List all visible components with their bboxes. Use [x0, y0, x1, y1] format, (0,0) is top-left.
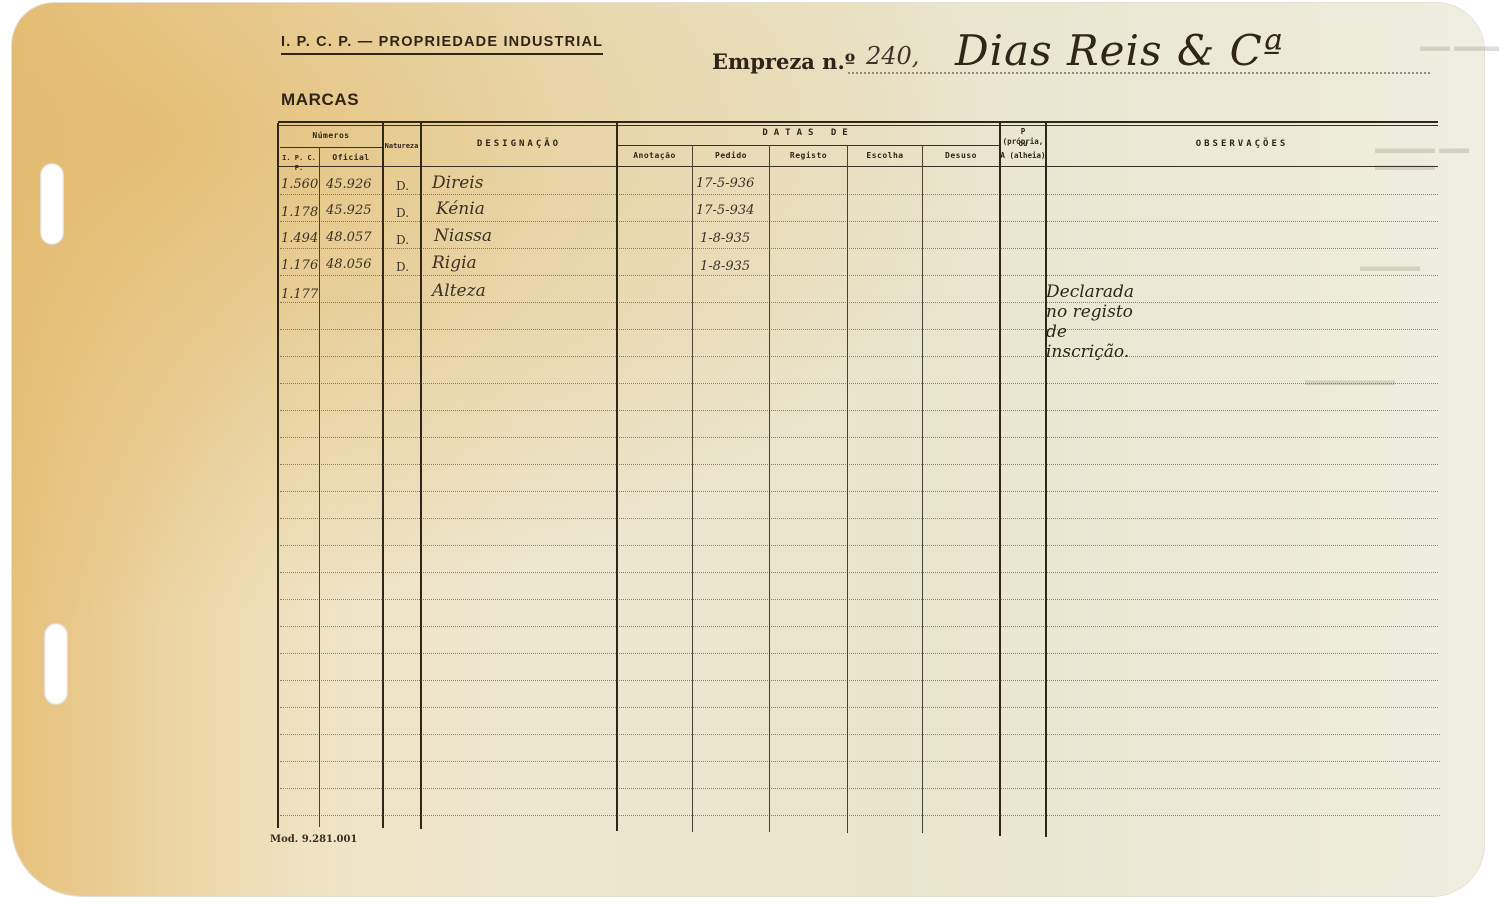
- numeros-sub-rule: [280, 147, 383, 148]
- header-escolha: Escolha: [848, 151, 922, 161]
- header-observacoes: OBSERVAÇÕES: [1046, 139, 1438, 149]
- cell-natureza: D.: [396, 206, 409, 220]
- cell-pedido: 17-5-934: [696, 203, 754, 218]
- col-line-oficial: [382, 123, 384, 828]
- cell-designacao: Direis: [432, 173, 483, 193]
- col-line-propria: [1045, 123, 1047, 837]
- row-rule: [280, 437, 1438, 438]
- row-rule: [280, 545, 1438, 546]
- header-designacao: DESIGNAÇÃO: [421, 139, 617, 149]
- row-rule: [280, 302, 1438, 303]
- cell-designacao: Kénia: [436, 199, 485, 219]
- row-rule: [280, 491, 1438, 492]
- cell-pedido: 17-5-936: [696, 176, 754, 191]
- header-numeros: Números: [280, 131, 382, 141]
- company-name: Dias Reis & Cª: [955, 26, 1284, 75]
- cell-designacao: Niassa: [434, 226, 492, 246]
- section-title: MARCAS: [281, 90, 359, 110]
- cell-ipcp: 1.560: [281, 177, 318, 192]
- header-propria-2: ou: [1000, 139, 1046, 149]
- cell-natureza: D.: [396, 179, 409, 193]
- col-line-natureza: [420, 123, 422, 829]
- cell-ipcp: 1.176: [281, 258, 318, 273]
- row-rule: [280, 788, 1440, 789]
- row-rule: [280, 626, 1438, 627]
- header-desuso: Desuso: [923, 151, 999, 161]
- model-code: Mod. 9.281.001: [270, 834, 357, 845]
- row-rule: [280, 599, 1438, 600]
- row-rule: [280, 680, 1438, 681]
- row-rule: [280, 221, 1438, 222]
- header-datas-de: DATAS DE: [617, 128, 999, 138]
- row-rule: [280, 383, 1438, 384]
- row-rule: [280, 194, 1438, 195]
- header-anotacao: Anotação: [617, 151, 692, 161]
- col-line-left: [277, 123, 279, 828]
- row-rule: [280, 815, 1440, 816]
- row-rule: [280, 275, 1438, 276]
- row-rule: [280, 248, 1438, 249]
- header-propria-3: A (alheia): [1000, 151, 1046, 161]
- cell-designacao: Rigia: [432, 253, 477, 273]
- cell-oficial: 45.926: [326, 177, 372, 192]
- header-oficial: Oficial: [320, 153, 382, 163]
- row-rule: [280, 572, 1438, 573]
- cell-oficial: 48.056: [326, 257, 372, 272]
- cell-pedido: 1-8-935: [700, 259, 750, 274]
- company-number: 240,: [866, 42, 919, 70]
- bleed-through-text: ▬▬▬▬▬▬: [1305, 372, 1395, 389]
- header-natureza: Natureza: [383, 141, 420, 151]
- bleed-through-text: ▬▬ ▬▬▬: [1420, 38, 1499, 55]
- cell-observacoes: Declarada no registo de inscrição.: [1046, 282, 1134, 362]
- row-rule: [280, 410, 1438, 411]
- company-label: Empreza n.º: [712, 49, 855, 74]
- table-top-rule-inner: [278, 125, 1438, 126]
- header-ipcp: I. P. C. P.: [279, 153, 319, 173]
- form-header-title: I. P. C. P. — PROPRIEDADE INDUSTRIAL: [281, 34, 603, 55]
- row-rule: [280, 653, 1438, 654]
- cell-designacao: Alteza: [432, 281, 486, 301]
- col-line-desuso: [999, 123, 1001, 836]
- row-rule: [280, 707, 1438, 708]
- cell-natureza: D.: [396, 233, 409, 247]
- cell-oficial: 45.925: [326, 203, 372, 218]
- row-rule: [280, 734, 1440, 735]
- company-dotted-line: [848, 72, 1430, 74]
- col-line-designacao: [616, 123, 618, 831]
- header-pedido: Pedido: [693, 151, 769, 161]
- row-rule: [280, 356, 1438, 357]
- cell-ipcp: 1.494: [281, 231, 318, 246]
- header-registo: Registo: [770, 151, 847, 161]
- punch-hole-bottom: [44, 623, 68, 705]
- cell-pedido: 1-8-935: [700, 231, 750, 246]
- row-rule: [280, 518, 1438, 519]
- row-rule: [280, 464, 1438, 465]
- cell-ipcp: 1.177: [281, 287, 318, 302]
- table-top-rule: [278, 121, 1438, 123]
- punch-hole-top: [40, 163, 64, 245]
- row-rule: [280, 761, 1440, 762]
- cell-natureza: D.: [396, 260, 409, 274]
- bleed-through-text: ▬▬▬▬: [1360, 258, 1420, 275]
- cell-ipcp: 1.178: [281, 205, 318, 220]
- datas-sub-rule: [617, 145, 1000, 146]
- row-rule: [280, 329, 1438, 330]
- header-bottom-rule: [278, 166, 1438, 167]
- col-line-ipcp: [319, 147, 320, 827]
- cell-oficial: 48.057: [326, 230, 372, 245]
